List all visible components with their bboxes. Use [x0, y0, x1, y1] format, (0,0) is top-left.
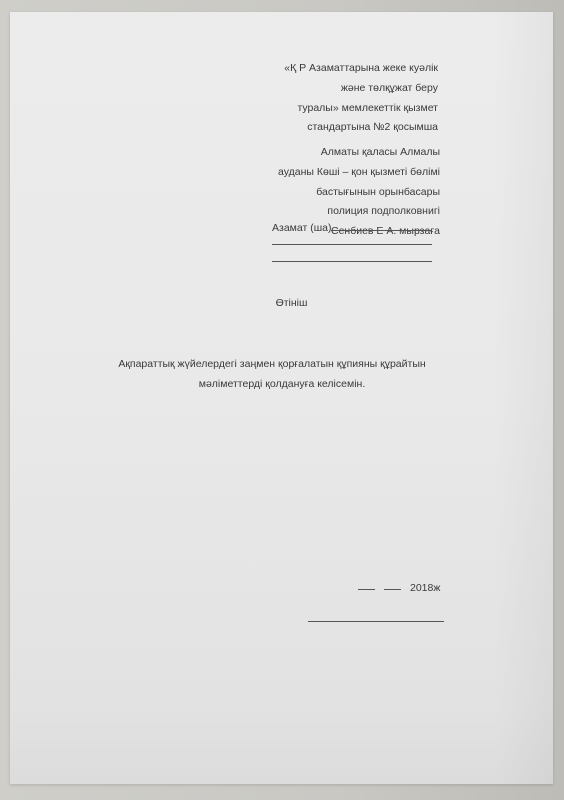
citizen-label: Азамат (ша) [272, 222, 331, 234]
citizen-field: Азамат (ша) [272, 222, 432, 234]
header-line: туралы» мемлекеттік қызмет [284, 99, 438, 119]
signature-line [308, 621, 444, 622]
citizen-name-blank [331, 230, 432, 231]
citizen-blank-line-3 [272, 261, 432, 262]
header-annex-note: «Қ Р Азаматтарына жеке куәлік және төлқұ… [284, 59, 438, 138]
addressee-line: бастығынын орынбасары [278, 183, 440, 203]
date-field: 2018ж [358, 582, 440, 594]
date-year: 2018ж [410, 582, 440, 594]
document-page: «Қ Р Азаматтарына жеке куәлік және төлқұ… [10, 12, 553, 784]
month-blank [384, 589, 401, 590]
addressee-line: ауданы Көші – қон қызметі бөлімі [278, 163, 440, 183]
document-title: Өтініш [10, 297, 563, 309]
consent-statement: Ақпараттық жүйелердегі заңмен қорғалатын… [132, 354, 432, 394]
addressee-line: полиция подполковнигі [278, 202, 440, 222]
addressee-line: Алматы қаласы Алмалы [278, 143, 440, 163]
day-blank [358, 589, 375, 590]
body-line: мәліметтерді қолдануға келісемін. [132, 374, 432, 394]
header-line: және төлқұжат беру [284, 79, 438, 99]
header-line: стандартына №2 қосымша [284, 118, 438, 138]
body-line: Ақпараттық жүйелердегі заңмен қорғалатын… [112, 354, 432, 374]
citizen-blank-line-2 [272, 244, 432, 245]
header-line: «Қ Р Азаматтарына жеке куәлік [284, 59, 438, 79]
